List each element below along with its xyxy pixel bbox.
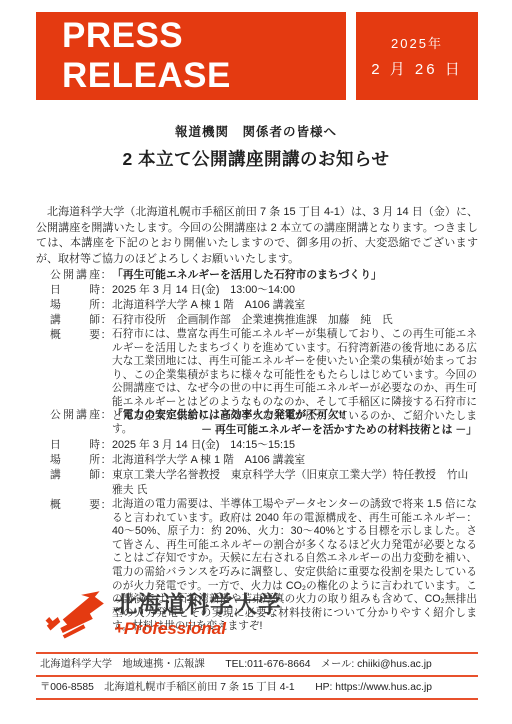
- lecture-1-title-row: 公開講座 ： 「再生可能エネルギーを活用した石狩市のまちづくり」: [50, 268, 477, 283]
- press-release-banner: PRESS RELEASE: [36, 12, 346, 100]
- lecture-1-datetime: 2025 年 3 月 14 日(金) 13:00～14:00: [112, 283, 477, 298]
- colon: ：: [100, 298, 112, 313]
- footer-divider-bottom: [36, 698, 478, 700]
- lecture-2-place-row: 場所 ： 北海道科学大学 A 棟 1 階 A106 講義室: [50, 453, 477, 468]
- intro-paragraph: 北海道科学大学（北海道札幌市手稲区前田 7 条 15 丁目 4-1）は、3 月 …: [36, 205, 478, 267]
- lecture-2-title-row: 公開講座 ： 「電力の安定供給には高効率火力発電が不可欠!! － 再生可能エネル…: [50, 408, 477, 438]
- footer-contact-line: 北海道科学大学 地域連携・広報課 TEL:011-676-8664 メール: c…: [36, 654, 478, 675]
- colon: ：: [100, 313, 112, 328]
- lecture-2-datetime-row: 日時 ： 2025 年 3 月 14 日(金) 14:15～15:15: [50, 438, 477, 453]
- footer-address-line: 〒006-8585 北海道札幌市手稲区前田 7 条 15 丁目 4-1 HP: …: [36, 677, 478, 698]
- lecture-2-title-line2: － 再生可能エネルギーを活かすための材料技術とは －」: [112, 423, 477, 438]
- colon: ：: [100, 453, 112, 468]
- logo-tagline: +Professional: [114, 618, 282, 640]
- lecture-1-datetime-row: 日時 ： 2025 年 3 月 14 日(金) 13:00～14:00: [50, 283, 477, 298]
- lecture-2-place: 北海道科学大学 A 棟 1 階 A106 講義室: [112, 453, 477, 468]
- lecture-1-title: 「再生可能エネルギーを活用した石狩市のまちづくり」: [112, 268, 477, 283]
- label-course: 公開講座: [50, 268, 100, 283]
- colon: ：: [100, 438, 112, 453]
- colon: ：: [100, 408, 112, 438]
- lecture-1-place-row: 場所 ： 北海道科学大学 A 棟 1 階 A106 講義室: [50, 298, 477, 313]
- logo-university-name: 北海道科学大学: [114, 590, 282, 618]
- footer: 北海道科学大学 地域連携・広報課 TEL:011-676-8664 メール: c…: [36, 652, 478, 700]
- lecture-2-title: 「電力の安定供給には高効率火力発電が不可欠!! － 再生可能エネルギーを活かすた…: [112, 408, 477, 438]
- university-logo-mark-icon: [44, 590, 106, 644]
- colon: ：: [100, 468, 112, 498]
- lecture-1-lecturer: 石狩市役所 企画制作部 企業連携推進課 加藤 純 氏: [112, 313, 477, 328]
- label-place: 場所: [50, 298, 100, 313]
- release-day: 2 月 26 日: [371, 58, 463, 79]
- university-logo: 北海道科学大学 +Professional: [44, 590, 282, 644]
- label-course: 公開講座: [50, 408, 100, 438]
- label-lecturer: 講師: [50, 313, 100, 328]
- header: PRESS RELEASE 2025年 2 月 26 日: [36, 12, 478, 100]
- page-title: 2 本立て公開講座開講のお知らせ: [0, 146, 512, 171]
- lecture-1-place: 北海道科学大学 A 棟 1 階 A106 講義室: [112, 298, 477, 313]
- label-lecturer: 講師: [50, 468, 100, 498]
- logo-texts: 北海道科学大学 +Professional: [114, 590, 282, 640]
- colon: ：: [100, 268, 112, 283]
- lecture-2-title-line1: 「電力の安定供給には高効率火力発電が不可欠!!: [112, 409, 346, 421]
- press-release-page: PRESS RELEASE 2025年 2 月 26 日 報道機関 関係者の皆様…: [0, 0, 512, 724]
- lecture-2-lecturer-row: 講師 ： 東京工業大学名誉教授 東京科学大学（旧東京工業大学）特任教授 竹山 雅…: [50, 468, 477, 498]
- heading: 報道機関 関係者の皆様へ 2 本立て公開講座開講のお知らせ: [0, 122, 512, 171]
- label-place: 場所: [50, 453, 100, 468]
- lecture-2-lecturer: 東京工業大学名誉教授 東京科学大学（旧東京工業大学）特任教授 竹山 雅夫 氏: [112, 468, 477, 498]
- release-date-box: 2025年 2 月 26 日: [356, 12, 478, 100]
- label-datetime: 日時: [50, 283, 100, 298]
- lecture-1-lecturer-row: 講師 ： 石狩市役所 企画制作部 企業連携推進課 加藤 純 氏: [50, 313, 477, 328]
- banner-title: PRESS RELEASE: [62, 16, 346, 96]
- colon: ：: [100, 283, 112, 298]
- release-year: 2025年: [391, 33, 443, 52]
- label-datetime: 日時: [50, 438, 100, 453]
- lecture-2-datetime: 2025 年 3 月 14 日(金) 14:15～15:15: [112, 438, 477, 453]
- addressee-line: 報道機関 関係者の皆様へ: [0, 122, 512, 140]
